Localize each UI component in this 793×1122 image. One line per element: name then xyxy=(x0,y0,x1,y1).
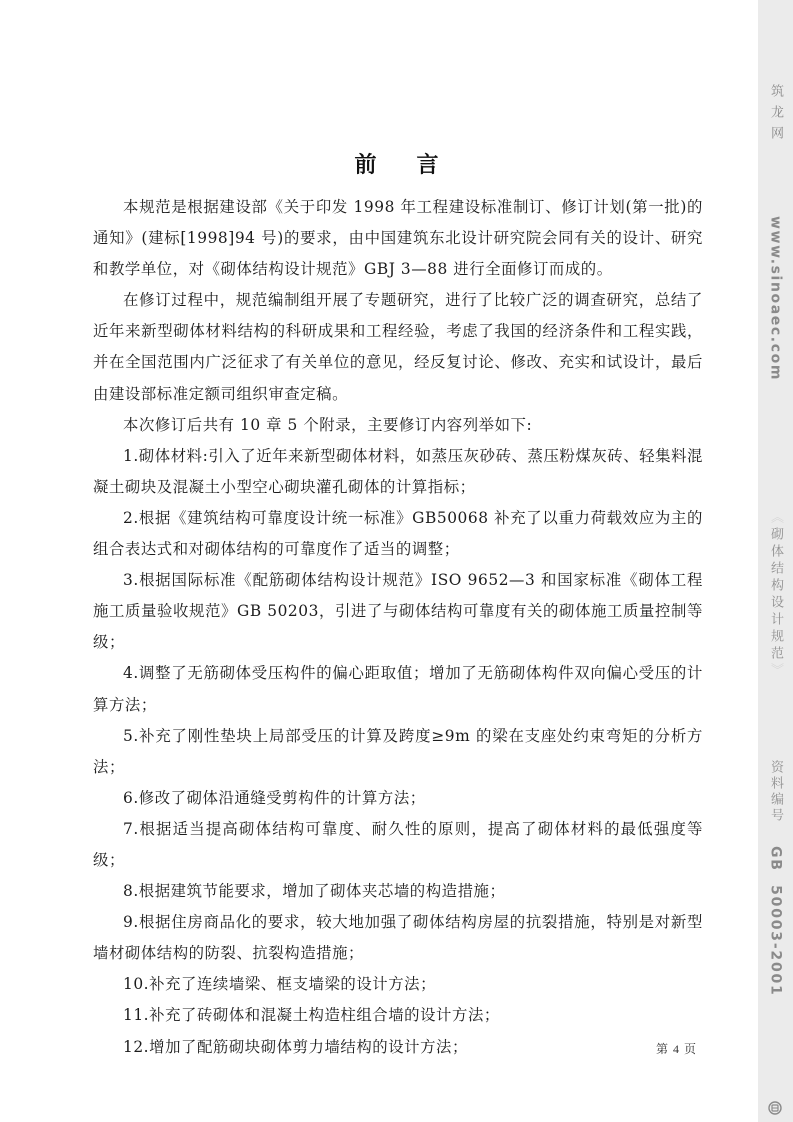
revision-item-1: 1.砌体材料:引入了近年来新型砌体材料，如蒸压灰砂砖、蒸压粉煤灰砖、轻集料混凝土… xyxy=(93,441,703,503)
page-number-value: 4 xyxy=(673,1042,680,1056)
side-brand-name: 筑龙网 xyxy=(758,84,793,147)
revision-item-8: 8.根据建筑节能要求，增加了砌体夹芯墙的构造措施； xyxy=(93,876,703,907)
paragraph-process: 在修订过程中，规范编制组开展了专题研究，进行了比较广泛的调查研究，总结了近年来新… xyxy=(93,285,703,409)
revision-item-2: 2.根据《建筑结构可靠度设计统一标准》GB50068 补充了以重力荷载效应为主的… xyxy=(93,503,703,565)
page-number: 第4页 xyxy=(656,1040,697,1057)
title-char-2: 言 xyxy=(417,152,439,178)
side-reference-label: 资料编号 xyxy=(758,760,793,824)
paragraph-intro: 本规范是根据建设部《关于印发 1998 年工程建设标准制订、修订计划(第一批)的… xyxy=(93,192,703,285)
revision-item-5: 5.补充了刚性垫块上局部受压的计算及跨度≥9m 的梁在支座处约束弯矩的分析方法； xyxy=(93,721,703,783)
sinoaec-logo-icon xyxy=(767,1100,783,1116)
preface-body: 本规范是根据建设部《关于印发 1998 年工程建设标准制订、修订计划(第一批)的… xyxy=(93,192,703,1063)
revision-item-10: 10.补充了连续墙梁、框支墙梁的设计方法； xyxy=(93,969,703,1000)
watermark-side-strip: 筑龙网 www.sinoaec.com 《砌体结构设计规范》 资料编号 GB 5… xyxy=(758,0,793,1122)
document-page: 前言 本规范是根据建设部《关于印发 1998 年工程建设标准制订、修订计划(第一… xyxy=(0,0,758,1122)
title-text: 砌体结构设计规范 xyxy=(766,527,785,663)
title-char-1: 前 xyxy=(354,152,376,178)
side-website-url: www.sinoaec.com xyxy=(758,216,793,381)
paragraph-summary: 本次修订后共有 10 章 5 个附录，主要修订内容列举如下: xyxy=(93,410,703,441)
page-title: 前言 xyxy=(0,148,793,179)
page-number-prefix: 第 xyxy=(656,1042,669,1056)
revision-item-6: 6.修改了砌体沿通缝受剪构件的计算方法； xyxy=(93,783,703,814)
revision-item-4: 4.调整了无筋砌体受压构件的偏心距取值；增加了无筋砌体构件双向偏心受压的计算方法… xyxy=(93,658,703,720)
title-open-bracket: 《 xyxy=(766,510,785,527)
page-number-suffix: 页 xyxy=(684,1042,697,1056)
revision-item-11: 11.补充了砖砌体和混凝土构造柱组合墙的设计方法； xyxy=(93,1000,703,1031)
revision-item-3: 3.根据国际标准《配筋砌体结构设计规范》ISO 9652—3 和国家标准《砌体工… xyxy=(93,565,703,658)
side-reference-code: GB 50003-2001 xyxy=(758,846,793,997)
revision-item-9: 9.根据住房商品化的要求，较大地加强了砌体结构房屋的抗裂措施，特别是对新型墙材砌… xyxy=(93,907,703,969)
revision-item-7: 7.根据适当提高砌体结构可靠度、耐久性的原则，提高了砌体材料的最低强度等级； xyxy=(93,814,703,876)
title-close-bracket: 》 xyxy=(766,663,785,680)
revision-item-12: 12.增加了配筋砌块砌体剪力墙结构的设计方法； xyxy=(93,1032,703,1063)
side-document-title: 《砌体结构设计规范》 xyxy=(758,510,793,680)
